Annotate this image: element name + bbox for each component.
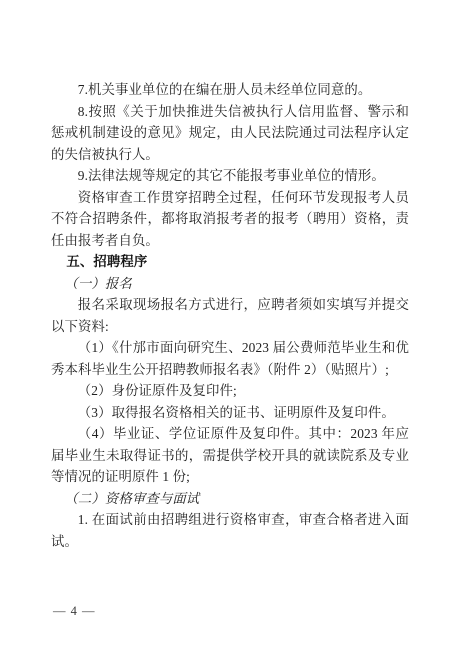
clause-8: 8.按照《关于加快推进失信被执行人信用监督、警示和惩戒机制建设的意见》规定，由人… <box>51 101 409 166</box>
document-body: 7.机关事业单位的在编在册人员未经单位同意的。 8.按照《关于加快推进失信被执行… <box>51 79 409 552</box>
item-1-application-form: （1）《什邡市面向研究生、2023 届公费师范毕业生和优秀本科毕业生公开招聘教师… <box>51 337 409 380</box>
item-4-diploma: （4）毕业证、学位证原件及复印件。其中：2023 年应届毕业生未取得证书的，需提… <box>51 423 409 488</box>
page-number: — 4 — <box>53 603 96 619</box>
registration-method: 报名采取现场报名方式进行，应聘者须如实填写并提交以下资料: <box>51 294 409 337</box>
interview-step-1: 1. 在面试前由招聘组进行资格审查，审查合格者进入面试。 <box>51 509 409 552</box>
item-3-certificates: （3）取得报名资格相关的证书、证明原件及复印件。 <box>51 402 409 424</box>
subsection-heading-qualification-review-interview: （二）资格审查与面试 <box>51 488 409 510</box>
qualification-review-note: 资格审查工作贯穿招聘全过程，任何环节发现报考人员不符合招聘条件，都将取消报考者的… <box>51 187 409 252</box>
document-page: 7.机关事业单位的在编在册人员未经单位同意的。 8.按照《关于加快推进失信被执行… <box>0 0 458 647</box>
subsection-heading-registration: （一）报名 <box>51 273 409 295</box>
clause-7: 7.机关事业单位的在编在册人员未经单位同意的。 <box>51 79 409 101</box>
item-2-id-card: （2）身份证原件及复印件; <box>51 380 409 402</box>
clause-9: 9.法律法规等规定的其它不能报考事业单位的情形。 <box>51 165 409 187</box>
section-heading-recruitment-procedure: 五、招聘程序 <box>51 251 409 273</box>
